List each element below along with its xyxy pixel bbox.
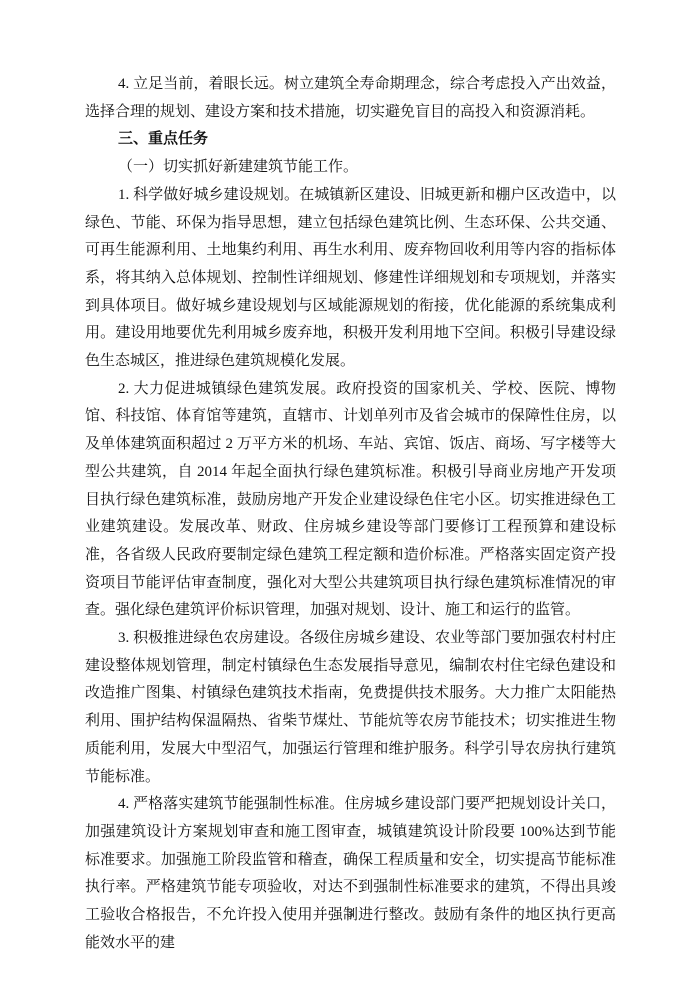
paragraph-task-2: 2. 大力促进城镇绿色建筑发展。政府投资的国家机关、学校、医院、博物馆、科技馆、… [85,376,616,625]
paragraph-task-4: 4. 严格落实建筑节能强制性标准。住房城乡建设部门要严把规划设计关口，加强建筑设… [85,791,616,957]
document-body: 4. 立足当前，着眼长远。树立建筑全寿命期理念，综合考虑投入产出效益，选择合理的… [85,71,616,958]
paragraph-task-1: 1. 科学做好城乡建设规划。在城镇新区建设、旧城更新和棚户区改造中，以绿色、节能… [85,182,616,376]
paragraph-task-3: 3. 积极推进绿色农房建设。各级住房城乡建设、农业等部门要加强农村村庄建设整体规… [85,625,616,791]
page-number: 3 [0,906,700,920]
section-heading-key-tasks: 三、重点任务 [85,126,616,154]
subsection-heading-new-building: （一）切实抓好新建建筑节能工作。 [85,154,616,182]
paragraph-item-4: 4. 立足当前，着眼长远。树立建筑全寿命期理念，综合考虑投入产出效益，选择合理的… [85,71,616,126]
document-page: 4. 立足当前，着眼长远。树立建筑全寿命期理念，综合考虑投入产出效益，选择合理的… [0,0,700,990]
